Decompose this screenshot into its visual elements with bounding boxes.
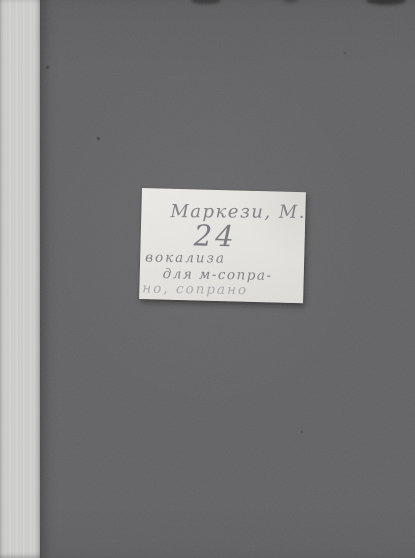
cover-speck bbox=[344, 52, 346, 54]
paper-label: Маркези, М. 24 вокализа для м-сопра- но,… bbox=[139, 188, 306, 303]
label-number: 24 bbox=[193, 221, 237, 251]
cover-speck bbox=[46, 66, 49, 69]
label-author-line: Маркези, М. bbox=[170, 203, 306, 222]
label-title-line3: но, сопрано bbox=[142, 283, 248, 298]
book-cover-scan: Маркези, М. 24 вокализа для м-сопра- но,… bbox=[0, 0, 415, 558]
cover-speck bbox=[301, 431, 303, 433]
page-edges-strip bbox=[0, 0, 40, 558]
cover-speck bbox=[97, 137, 100, 140]
label-title-line1: вокализа bbox=[145, 252, 226, 266]
